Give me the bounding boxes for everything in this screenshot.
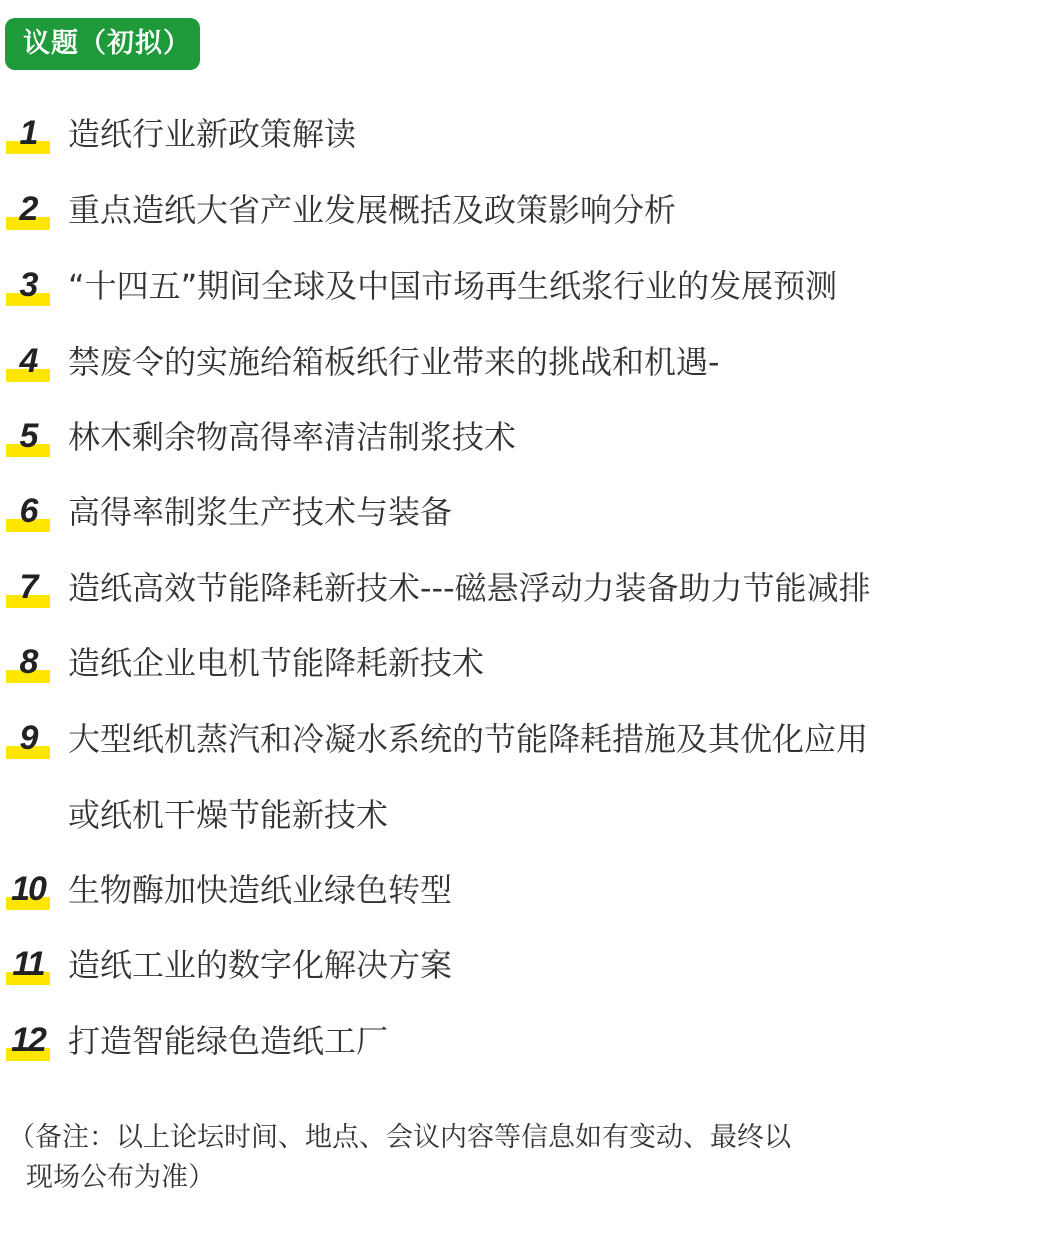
agenda-item-continuation: 或纸机干燥节能新技术	[0, 787, 1064, 847]
item-text: 高得率制浆生产技术与装备	[68, 490, 452, 534]
footnote-line-1: （备注：以上论坛时间、地点、会议内容等信息如有变动、最终以	[8, 1122, 791, 1153]
item-text: 造纸企业电机节能降耗新技术	[68, 641, 484, 685]
item-number: 1	[6, 106, 50, 166]
number-label: 1	[6, 114, 50, 153]
item-number: 6	[6, 484, 50, 544]
item-text: 造纸工业的数字化解决方案	[68, 943, 452, 987]
agenda-badge: 议题（初拟）	[5, 18, 200, 70]
number-label: 10	[6, 870, 50, 909]
agenda-item: 6 高得率制浆生产技术与装备	[0, 484, 1064, 544]
number-label: 5	[6, 417, 50, 456]
item-text: 大型纸机蒸汽和冷凝水系统的节能降耗措施及其优化应用	[68, 717, 868, 761]
number-label: 9	[6, 719, 50, 758]
agenda-item: 12 打造智能绿色造纸工厂	[0, 1013, 1064, 1073]
footnote-line-2: 现场公布为准）	[8, 1158, 888, 1198]
agenda-item: 1 造纸行业新政策解读	[0, 106, 1064, 166]
item-text: 打造智能绿色造纸工厂	[68, 1019, 388, 1063]
number-label: 3	[6, 266, 50, 305]
number-label: 4	[6, 342, 50, 381]
item-number: 3	[6, 258, 50, 318]
agenda-item: 9 大型纸机蒸汽和冷凝水系统的节能降耗措施及其优化应用	[0, 711, 1064, 771]
agenda-item: 5 林木剩余物高得率清洁制浆技术	[0, 409, 1064, 469]
item-number: 2	[6, 182, 50, 242]
item-text: 造纸行业新政策解读	[68, 112, 356, 156]
item-text: 禁废令的实施给箱板纸行业带来的挑战和机遇-	[68, 340, 720, 384]
agenda-item: 10 生物酶加快造纸业绿色转型	[0, 862, 1064, 922]
agenda-item: 7 造纸高效节能降耗新技术---磁悬浮动力装备助力节能减排	[0, 560, 1064, 620]
item-number: 9	[6, 711, 50, 771]
item-text: 生物酶加快造纸业绿色转型	[68, 868, 452, 912]
number-label: 8	[6, 643, 50, 682]
agenda-item: 3 “十四五”期间全球及中国市场再生纸浆行业的发展预测	[0, 258, 1064, 318]
number-label: 7	[6, 568, 50, 607]
item-number: 7	[6, 560, 50, 620]
item-number: 10	[6, 862, 50, 922]
item-number: 12	[6, 1013, 50, 1073]
item-text-continued: 或纸机干燥节能新技术	[68, 793, 388, 837]
agenda-item: 4 禁废令的实施给箱板纸行业带来的挑战和机遇-	[0, 334, 1064, 394]
number-label: 11	[6, 945, 50, 984]
item-text: 林木剩余物高得率清洁制浆技术	[68, 415, 516, 459]
item-number: 4	[6, 334, 50, 394]
footnote: （备注：以上论坛时间、地点、会议内容等信息如有变动、最终以 现场公布为准）	[8, 1118, 888, 1198]
item-text: 重点造纸大省产业发展概括及政策影响分析	[68, 188, 676, 232]
agenda-item: 8 造纸企业电机节能降耗新技术	[0, 635, 1064, 695]
agenda-item: 2 重点造纸大省产业发展概括及政策影响分析	[0, 182, 1064, 242]
item-text: “十四五”期间全球及中国市场再生纸浆行业的发展预测	[68, 264, 837, 308]
number-label: 6	[6, 492, 50, 531]
number-label: 2	[6, 190, 50, 229]
agenda-item: 11 造纸工业的数字化解决方案	[0, 937, 1064, 997]
item-number: 11	[6, 937, 50, 997]
item-number: 5	[6, 409, 50, 469]
item-number: 8	[6, 635, 50, 695]
item-text: 造纸高效节能降耗新技术---磁悬浮动力装备助力节能减排	[68, 566, 871, 610]
number-label: 12	[6, 1021, 50, 1060]
